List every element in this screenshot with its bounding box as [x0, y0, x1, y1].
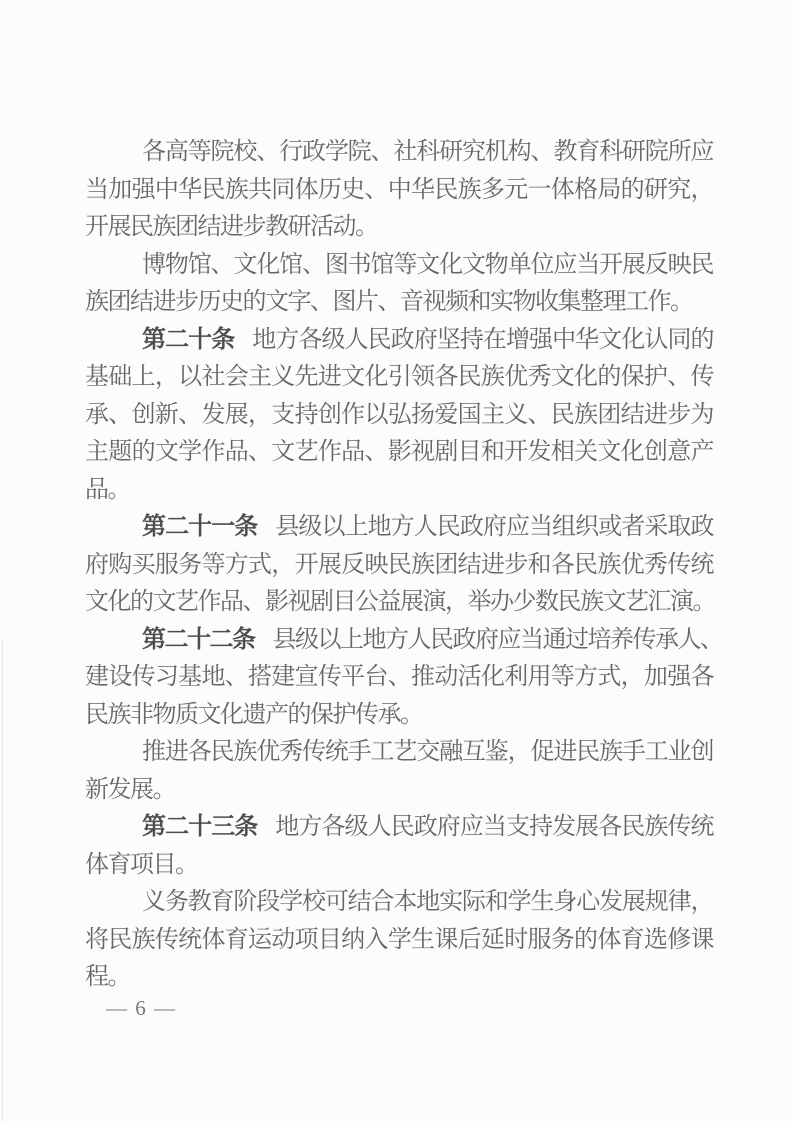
article-number: 第二十条 — [142, 327, 234, 353]
text-line: 基础上，以社会主义先进文化引领各民族优秀文化的保护、传 — [85, 359, 713, 397]
text-line: 体育项目。 — [85, 847, 713, 885]
line-text: 博物馆、文化馆、图书馆等文化文物单位应当开展反映民 — [142, 252, 713, 278]
line-text: 推进各民族优秀传统手工艺交融互鉴，促进民族手工业创 — [142, 739, 713, 765]
text-line: 当加强中华民族共同体历史、中华民族多元一体格局的研究， — [85, 172, 713, 210]
text-line: 程。 — [85, 959, 713, 997]
line-text: 新发展。 — [85, 777, 175, 803]
line-text: 文化的文艺作品、影视剧目公益展演，举办少数民族文艺汇演。 — [85, 589, 715, 615]
line-text: 品。 — [85, 477, 130, 503]
line-text: 民族非物质文化遗产的保护传承。 — [85, 702, 423, 728]
text-line: 府购买服务等方式，开展反映民族团结进步和各民族优秀传统 — [85, 547, 713, 585]
article-number: 第二十三条 — [142, 814, 257, 840]
text-line: 建设传习基地、搭建宣传平台、推动活化利用等方式，加强各 — [85, 659, 713, 697]
text-line: 品。 — [85, 472, 713, 510]
line-text: 承、创新、发展，支持创作以弘扬爱国主义、民族团结进步为 — [85, 402, 713, 428]
document-body: 各高等院校、行政学院、社科研究机构、教育科研院所应当加强中华民族共同体历史、中华… — [85, 134, 713, 997]
text-line: 各高等院校、行政学院、社科研究机构、教育科研院所应 — [85, 134, 713, 172]
text-line: 文化的文艺作品、影视剧目公益展演，举办少数民族文艺汇演。 — [85, 584, 713, 622]
line-text: 县级以上地方人民政府应当组织或者采取政 — [275, 514, 713, 540]
text-line: 族团结进步历史的文字、图片、音视频和实物收集整理工作。 — [85, 284, 713, 322]
line-text: 主题的文学作品、文艺作品、影视剧目和开发相关文化创意产 — [85, 439, 713, 465]
text-line: 开展民族团结进步教研活动。 — [85, 209, 713, 247]
line-text: 地方各级人民政府坚持在增强中华文化认同的 — [252, 327, 713, 353]
text-line: 第二十二条县级以上地方人民政府应当通过培养传承人、 — [85, 622, 713, 660]
line-text: 建设传习基地、搭建宣传平台、推动活化利用等方式，加强各 — [85, 664, 713, 690]
text-line: 推进各民族优秀传统手工艺交融互鉴，促进民族手工业创 — [85, 734, 713, 772]
text-line: 民族非物质文化遗产的保护传承。 — [85, 697, 713, 735]
line-text: 地方各级人民政府应当支持发展各民族传统 — [275, 814, 713, 840]
line-text: 当加强中华民族共同体历史、中华民族多元一体格局的研究， — [85, 177, 713, 203]
text-line: 义务教育阶段学校可结合本地实际和学生身心发展规律， — [85, 884, 713, 922]
article-number: 第二十二条 — [142, 627, 255, 653]
line-text: 体育项目。 — [85, 852, 198, 878]
text-line: 将民族传统体育运动项目纳入学生课后延时服务的体育选修课 — [85, 922, 713, 960]
line-text: 基础上，以社会主义先进文化引领各民族优秀文化的保护、传 — [85, 364, 713, 390]
text-line: 第二十条地方各级人民政府坚持在增强中华文化认同的 — [85, 322, 713, 360]
scan-edge-artifact — [2, 640, 3, 1121]
line-text: 开展民族团结进步教研活动。 — [85, 214, 378, 240]
line-text: 将民族传统体育运动项目纳入学生课后延时服务的体育选修课 — [85, 927, 713, 953]
line-text: 程。 — [85, 964, 130, 990]
text-line: 新发展。 — [85, 772, 713, 810]
line-text: 府购买服务等方式，开展反映民族团结进步和各民族优秀传统 — [85, 552, 713, 578]
line-text: 族团结进步历史的文字、图片、音视频和实物收集整理工作。 — [85, 289, 693, 315]
line-text: 县级以上地方人民政府应当通过培养传承人、 — [273, 627, 723, 653]
line-text: 义务教育阶段学校可结合本地实际和学生身心发展规律， — [142, 889, 713, 915]
text-line: 第二十三条地方各级人民政府应当支持发展各民族传统 — [85, 809, 713, 847]
text-line: 主题的文学作品、文艺作品、影视剧目和开发相关文化创意产 — [85, 434, 713, 472]
page-number: — 6 — — [106, 996, 177, 1021]
document-page: 各高等院校、行政学院、社科研究机构、教育科研院所应当加强中华民族共同体历史、中华… — [0, 0, 793, 1121]
line-text: 各高等院校、行政学院、社科研究机构、教育科研院所应 — [142, 139, 713, 165]
text-line: 第二十一条县级以上地方人民政府应当组织或者采取政 — [85, 509, 713, 547]
text-line: 博物馆、文化馆、图书馆等文化文物单位应当开展反映民 — [85, 247, 713, 285]
article-number: 第二十一条 — [142, 514, 257, 540]
text-line: 承、创新、发展，支持创作以弘扬爱国主义、民族团结进步为 — [85, 397, 713, 435]
